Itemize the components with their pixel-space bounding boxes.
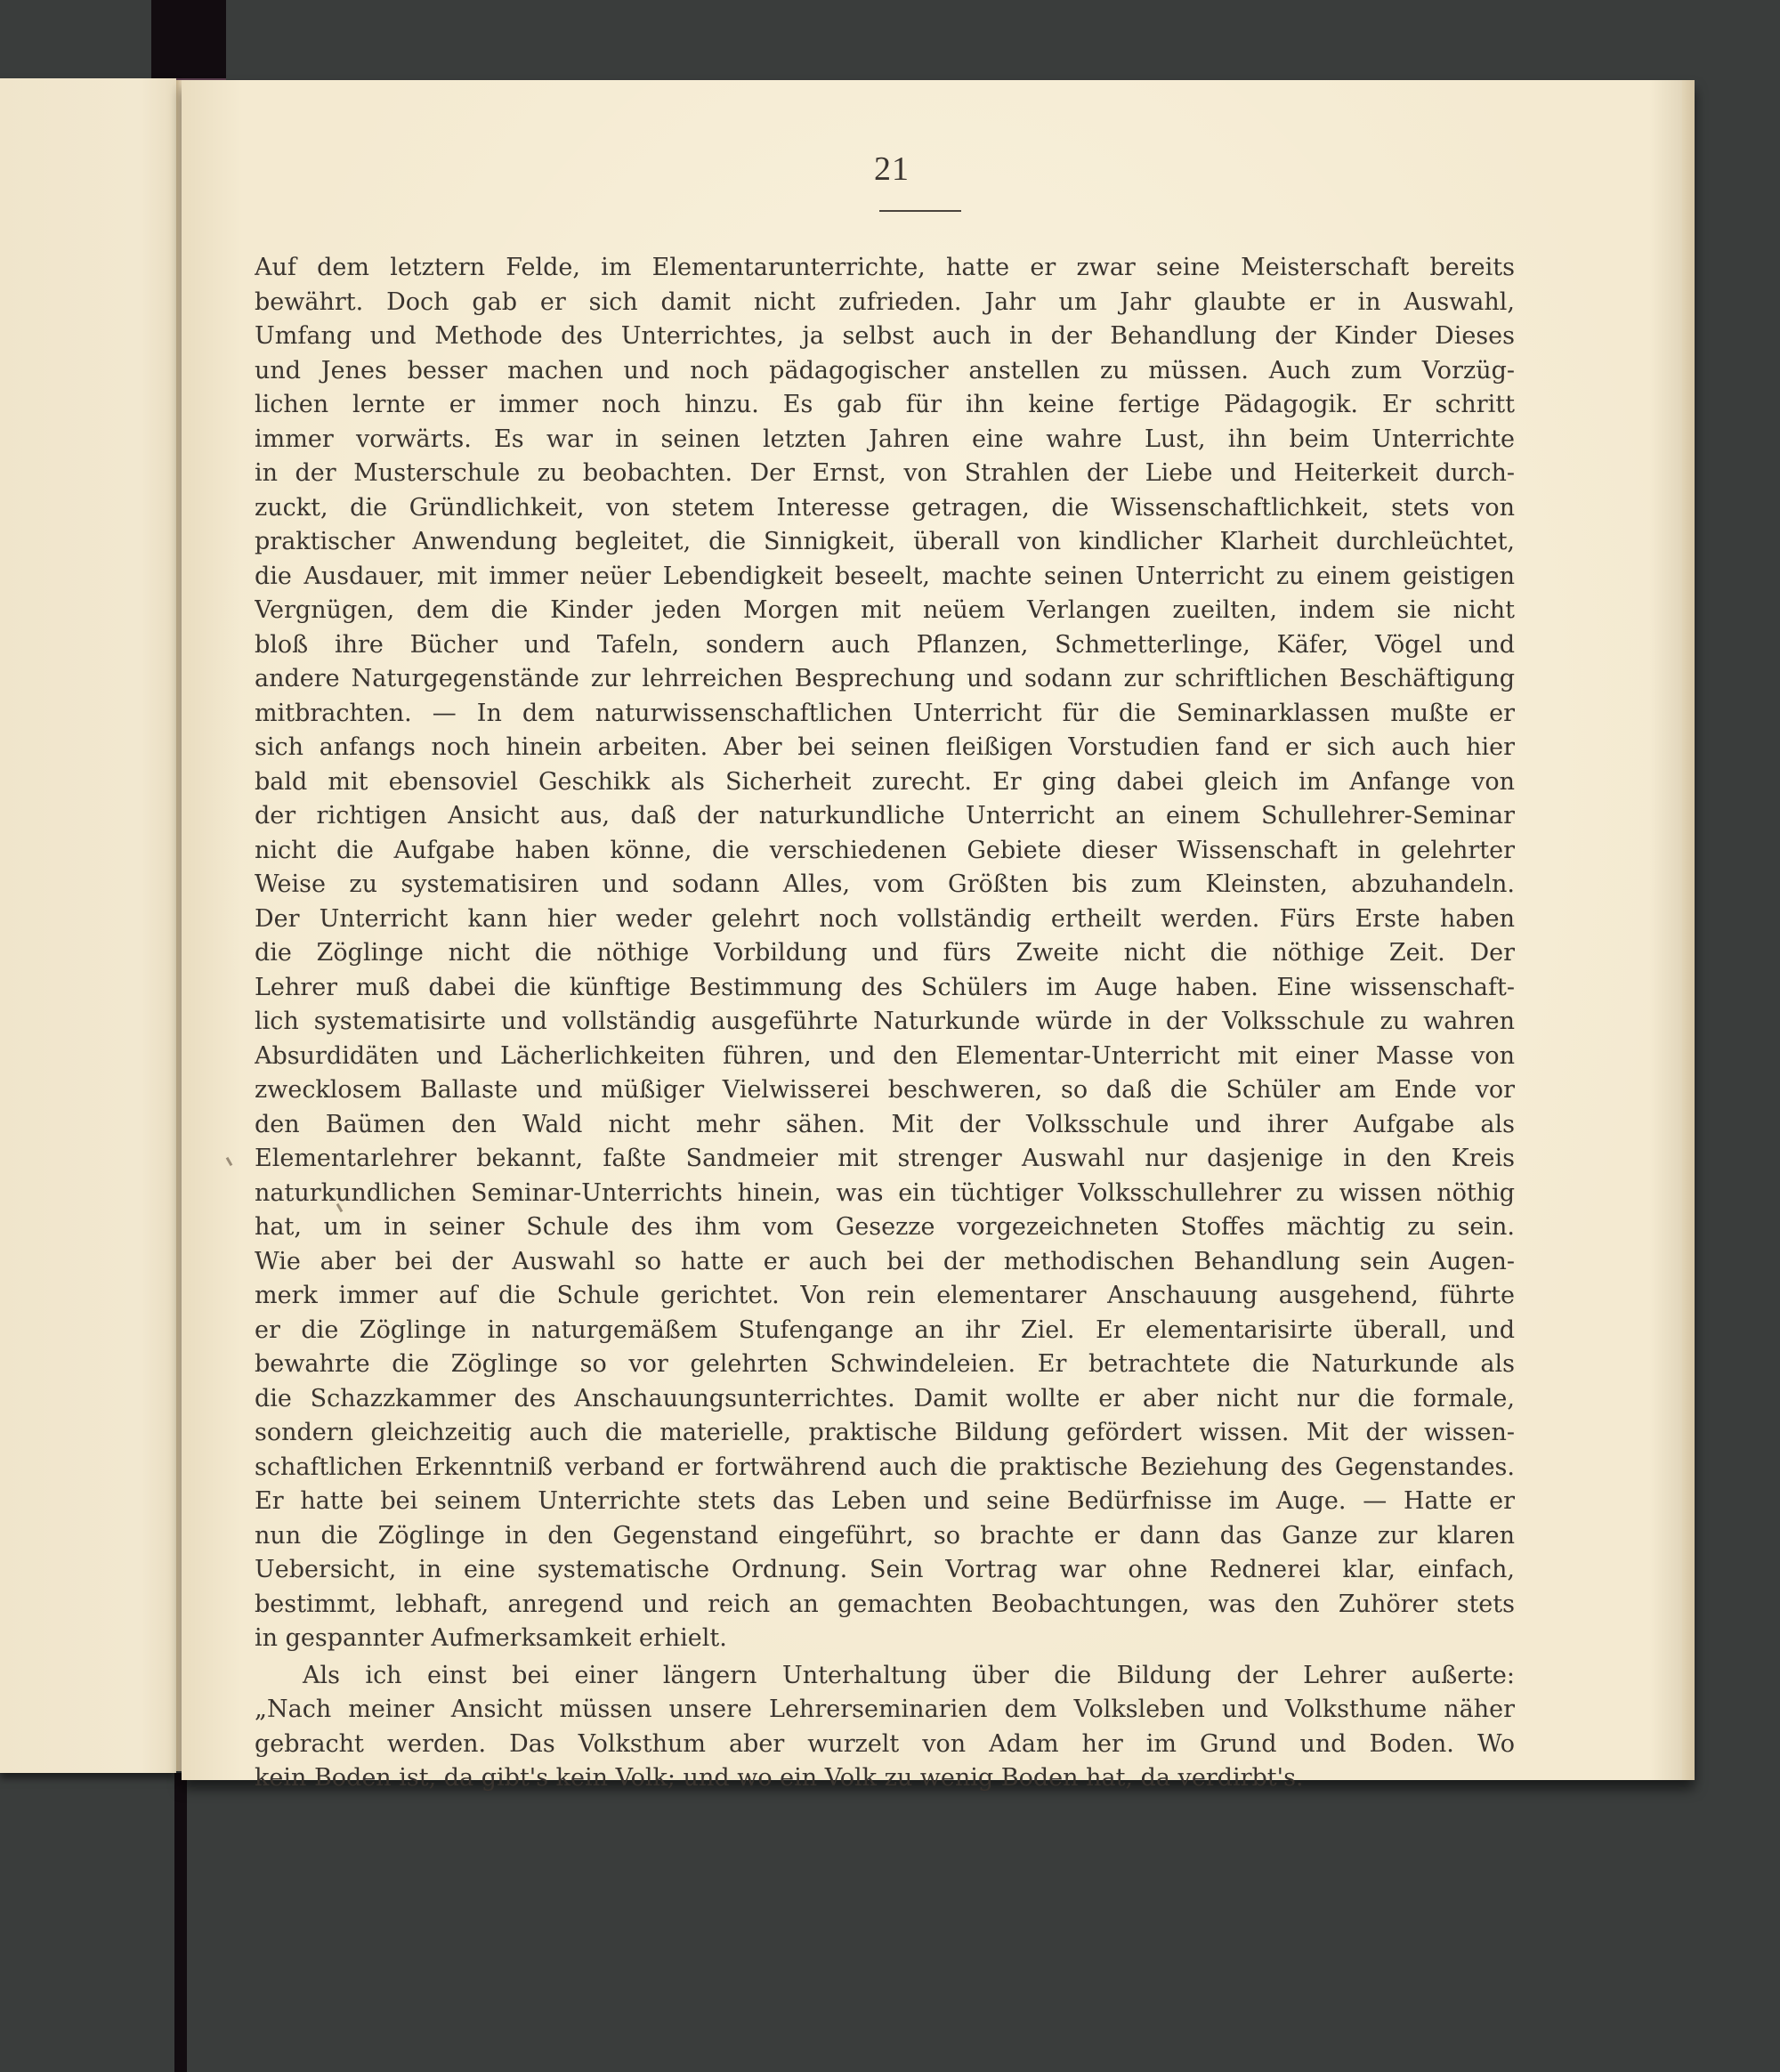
text-line: praktischer Anwendung begleitet, die Sin… bbox=[255, 525, 1515, 560]
paragraph: Auf dem letztern Felde, im Elementarunte… bbox=[255, 251, 1515, 1656]
text-line: die Schazzkammer des Anschauungsunterric… bbox=[255, 1382, 1515, 1417]
text-line: sondern gleichzeitig auch die materielle… bbox=[255, 1416, 1515, 1451]
text-line: den Baümen den Wald nicht mehr sähen. Mi… bbox=[255, 1108, 1515, 1143]
text-line: Absurdidäten und Lächerlichkeiten führen… bbox=[255, 1040, 1515, 1074]
text-line: andere Naturgegenstände zur lehrreichen … bbox=[255, 662, 1515, 697]
text-line: bewährt. Doch gab er sich damit nicht zu… bbox=[255, 286, 1515, 320]
text-line: lichen lernte er immer noch hinzu. Es ga… bbox=[255, 388, 1515, 423]
text-line: Als ich einst bei einer längern Unterhal… bbox=[255, 1659, 1515, 1694]
book-spine-band-top bbox=[151, 0, 226, 84]
text-line: er die Zöglinge in naturgemäßem Stufenga… bbox=[255, 1314, 1515, 1348]
text-line: Der Unterricht kann hier weder gelehrt n… bbox=[255, 902, 1515, 937]
text-line: gebracht werden. Das Volksthum aber wurz… bbox=[255, 1728, 1515, 1762]
text-line: naturkundlichen Seminar-Unterrichts hine… bbox=[255, 1177, 1515, 1211]
book-page: 21 Auf dem letztern Felde, im Elementaru… bbox=[182, 80, 1695, 1780]
text-line: und Jenes besser machen und noch pädagog… bbox=[255, 354, 1515, 389]
text-line: Auf dem letztern Felde, im Elementarunte… bbox=[255, 251, 1515, 286]
text-line: Weise zu systematisiren und sodann Alles… bbox=[255, 868, 1515, 902]
text-line: zwecklosem Ballaste und müßiger Vielwiss… bbox=[255, 1073, 1515, 1108]
text-line: merk immer auf die Schule gerichtet. Von… bbox=[255, 1279, 1515, 1314]
page-number: 21 bbox=[182, 150, 1695, 189]
text-line: der richtigen Ansicht aus, daß der natur… bbox=[255, 799, 1515, 834]
text-line: die Ausdauer, mit immer neüer Lebendigke… bbox=[255, 560, 1515, 595]
text-line: Uebersicht, in eine systematische Ordnun… bbox=[255, 1553, 1515, 1588]
text-line: Lehrer muß dabei die künftige Bestimmung… bbox=[255, 971, 1515, 1006]
text-line: Er hatte bei seinem Unterrichte stets da… bbox=[255, 1485, 1515, 1519]
text-line: lich systematisirte und vollständig ausg… bbox=[255, 1005, 1515, 1040]
text-line: nicht die Aufgabe haben könne, die versc… bbox=[255, 834, 1515, 869]
text-line: bestimmt, lebhaft, anregend und reich an… bbox=[255, 1588, 1515, 1623]
text-line: nun die Zöglinge in den Gegenstand einge… bbox=[255, 1519, 1515, 1554]
text-line: mitbrachten. — In dem naturwissenschaftl… bbox=[255, 697, 1515, 732]
body-text: Auf dem letztern Felde, im Elementarunte… bbox=[255, 251, 1515, 1796]
text-line: zuckt, die Gründlichkeit, von stetem Int… bbox=[255, 491, 1515, 526]
page-fore-edge bbox=[1682, 80, 1695, 1780]
book-spine-band-bottom bbox=[174, 1773, 187, 2072]
text-line: bewahrte die Zöglinge so vor gelehrten S… bbox=[255, 1348, 1515, 1382]
text-line: immer vorwärts. Es war in seinen letzten… bbox=[255, 423, 1515, 457]
text-line: bloß ihre Bücher und Tafeln, sondern auc… bbox=[255, 628, 1515, 663]
text-line: kein Boden ist, da gibt's kein Volk; und… bbox=[255, 1761, 1515, 1796]
margin-speck bbox=[226, 1157, 233, 1166]
text-line: bald mit ebensoviel Geschikk als Sicherh… bbox=[255, 765, 1515, 800]
text-line: Elementarlehrer bekannt, faßte Sandmeier… bbox=[255, 1142, 1515, 1177]
text-line: schaftlichen Erkenntniß verband er fortw… bbox=[255, 1451, 1515, 1485]
text-line: „Nach meiner Ansicht müssen unsere Lehre… bbox=[255, 1693, 1515, 1728]
facing-page-edge bbox=[0, 78, 176, 1773]
text-line: in gespannter Aufmerksamkeit erhielt. bbox=[255, 1622, 1515, 1656]
text-line: Umfang und Methode des Unterrichtes, ja … bbox=[255, 320, 1515, 354]
text-line: hat, um in seiner Schule des ihm vom Ges… bbox=[255, 1210, 1515, 1245]
paragraph: Als ich einst bei einer längern Unterhal… bbox=[255, 1659, 1515, 1796]
header-rule bbox=[879, 210, 961, 212]
text-line: in der Musterschule zu beobachten. Der E… bbox=[255, 457, 1515, 491]
text-line: sich anfangs noch hinein arbeiten. Aber … bbox=[255, 731, 1515, 765]
text-line: die Zöglinge nicht die nöthige Vorbildun… bbox=[255, 936, 1515, 971]
text-line: Wie aber bei der Auswahl so hatte er auc… bbox=[255, 1245, 1515, 1280]
text-line: Vergnügen, dem die Kinder jeden Morgen m… bbox=[255, 594, 1515, 628]
page-number-text: 21 bbox=[874, 150, 910, 189]
